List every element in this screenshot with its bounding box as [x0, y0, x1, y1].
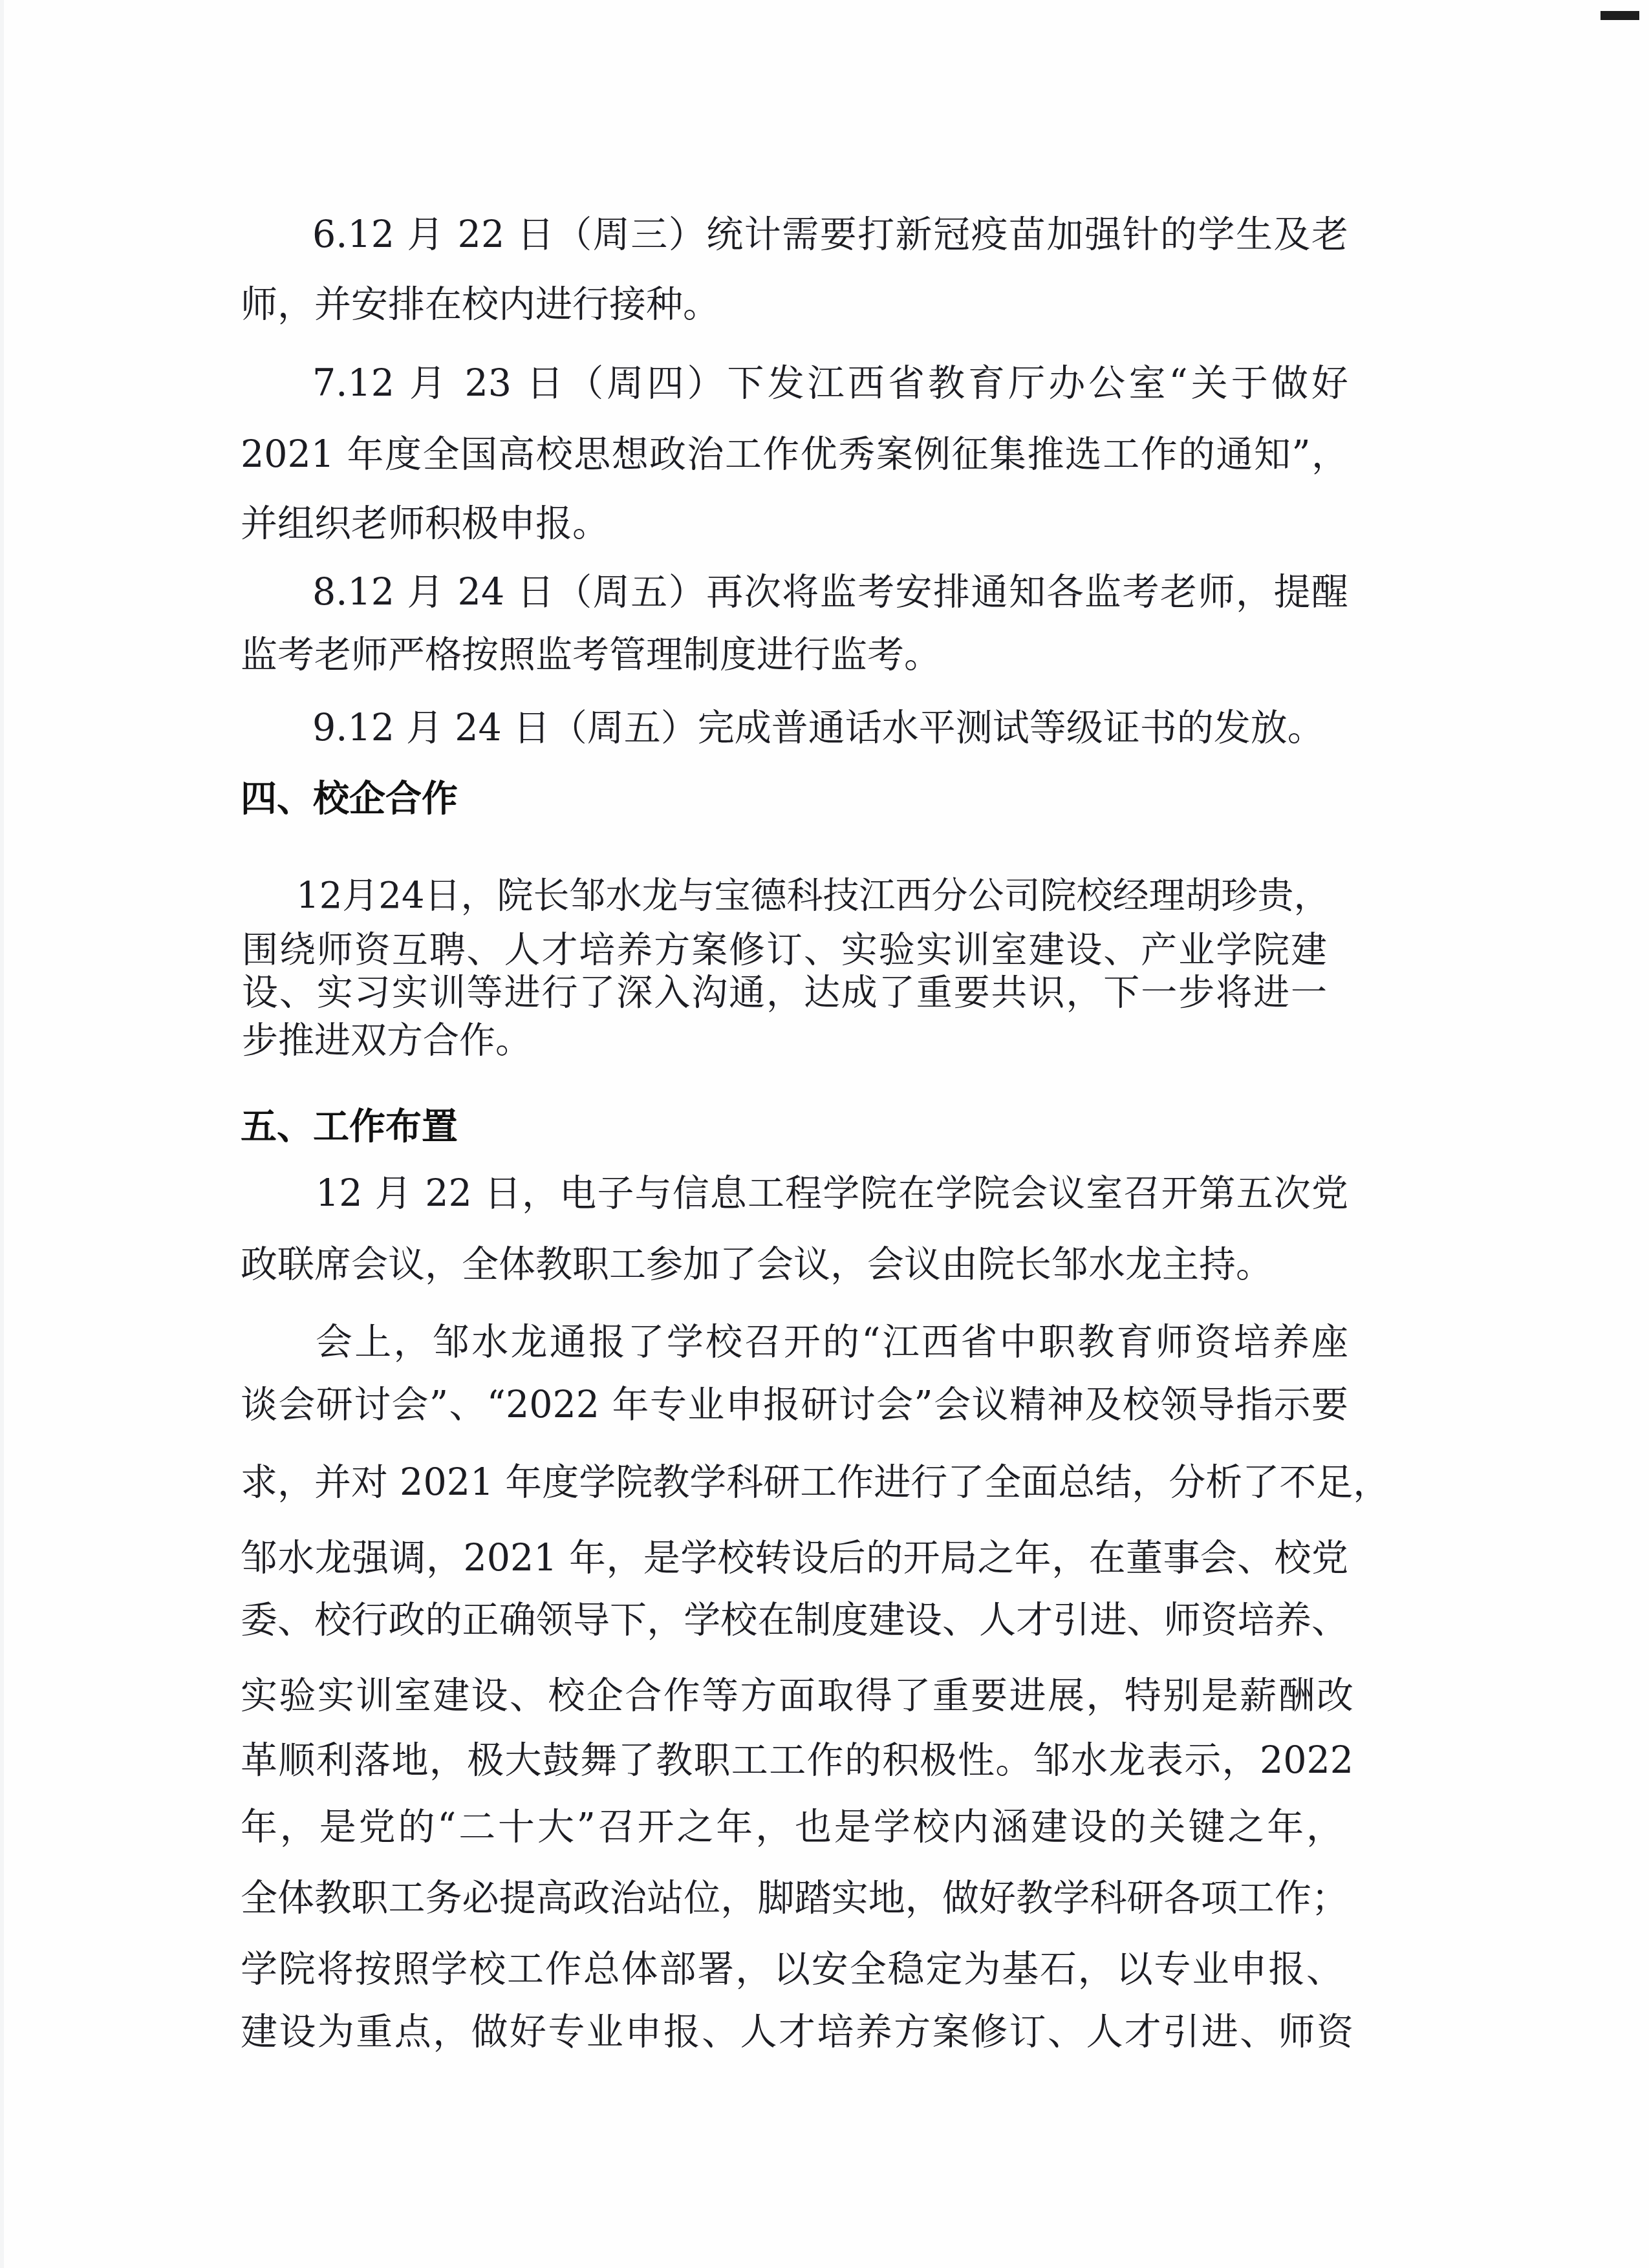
section-4-line-2: 围绕师资互聘、人才培养方案修订、实验实训室建设、产业学院建: [242, 931, 1327, 970]
section-5-p1-line-2: 政联席会议，全体教职工参加了会议，会议由院长邹水龙主持。: [241, 1245, 1348, 1284]
section-5-p2-line-2: 谈会研讨会”、“2022 年专业申报研讨会”会议精神及校领导指示要: [241, 1385, 1348, 1424]
section-5-heading: 五、工作布置: [241, 1107, 458, 1146]
item-7-line-2: 2021 年度全国高校思想政治工作优秀案例征集推选工作的通知”，: [241, 435, 1348, 474]
section-5-p2-line-10: 学院将按照学校工作总体部署，以安全稳定为基石，以专业申报、: [241, 1950, 1343, 1989]
section-4-line-4: 步推进双方合作。: [242, 1022, 1327, 1060]
scan-corner-mark: [1600, 11, 1639, 20]
section-5-p2-line-11: 建设为重点，做好专业申报、人才培养方案修订、人才引进、师资: [241, 2013, 1353, 2051]
item-7-line-3: 并组织老师积极申报。: [241, 504, 1348, 543]
section-5-p2-line-8: 年，是党的“二十大”召开之年，也是学校内涵建设的关键之年，: [241, 1808, 1343, 1846]
item-6-line-2: 师，并安排在校内进行接种。: [241, 285, 1348, 324]
section-5-p2-line-6: 实验实训室建设、校企合作等方面取得了重要进展，特别是薪酬改: [241, 1676, 1353, 1715]
section-5-p2-line-9: 全体教职工务必提高政治站位，脚踏实地，做好教学科研各项工作；: [241, 1879, 1348, 1918]
item-8-line-1: 8.12 月 24 日（周五）再次将监考安排通知各监考老师，提醒: [312, 573, 1348, 612]
section-5-p2-line-5: 委、校行政的正确领导下，学校在制度建设、人才引进、师资培养、: [241, 1601, 1348, 1640]
item-7-line-1: 7.12 月 23 日（周四）下发江西省教育厅办公室“关于做好: [312, 364, 1348, 403]
section-5-p2-line-1: 会上，邹水龙通报了学校召开的“江西省中职教育师资培养座: [316, 1323, 1348, 1362]
section-5-p1-line-1: 12 月 22 日，电子与信息工程学院在学院会议室召开第五次党: [316, 1174, 1348, 1213]
section-5-p2-line-7: 革顺利落地，极大鼓舞了教职工工作的积极性。邹水龙表示，2022: [241, 1741, 1353, 1780]
section-5-p2-line-4: 邹水龙强调，2021 年，是学校转设后的开局之年，在董事会、校党: [241, 1539, 1348, 1578]
section-4-line-3: 设、实习实训等进行了深入沟通，达成了重要共识，下一步将进一: [242, 974, 1327, 1012]
section-4-heading: 四、校企合作: [241, 780, 458, 818]
section-5-p2-line-3: 求，并对 2021 年度学院教学科研工作进行了全面总结，分析了不足，: [241, 1463, 1348, 1502]
scan-edge-shadow: [0, 0, 4, 2268]
section-4-line-1: 12月24日，院长邹水龙与宝德科技江西分公司院校经理胡珍贵，: [296, 877, 1327, 915]
item-9-line-1: 9.12 月 24 日（周五）完成普通话水平测试等级证书的发放。: [312, 709, 1348, 747]
document-page: 6.12 月 22 日（周三）统计需要打新冠疫苗加强针的学生及老 师，并安排在校…: [0, 0, 1649, 2268]
item-8-line-2: 监考老师严格按照监考管理制度进行监考。: [241, 636, 1348, 674]
item-6-line-1: 6.12 月 22 日（周三）统计需要打新冠疫苗加强针的学生及老: [312, 215, 1348, 254]
